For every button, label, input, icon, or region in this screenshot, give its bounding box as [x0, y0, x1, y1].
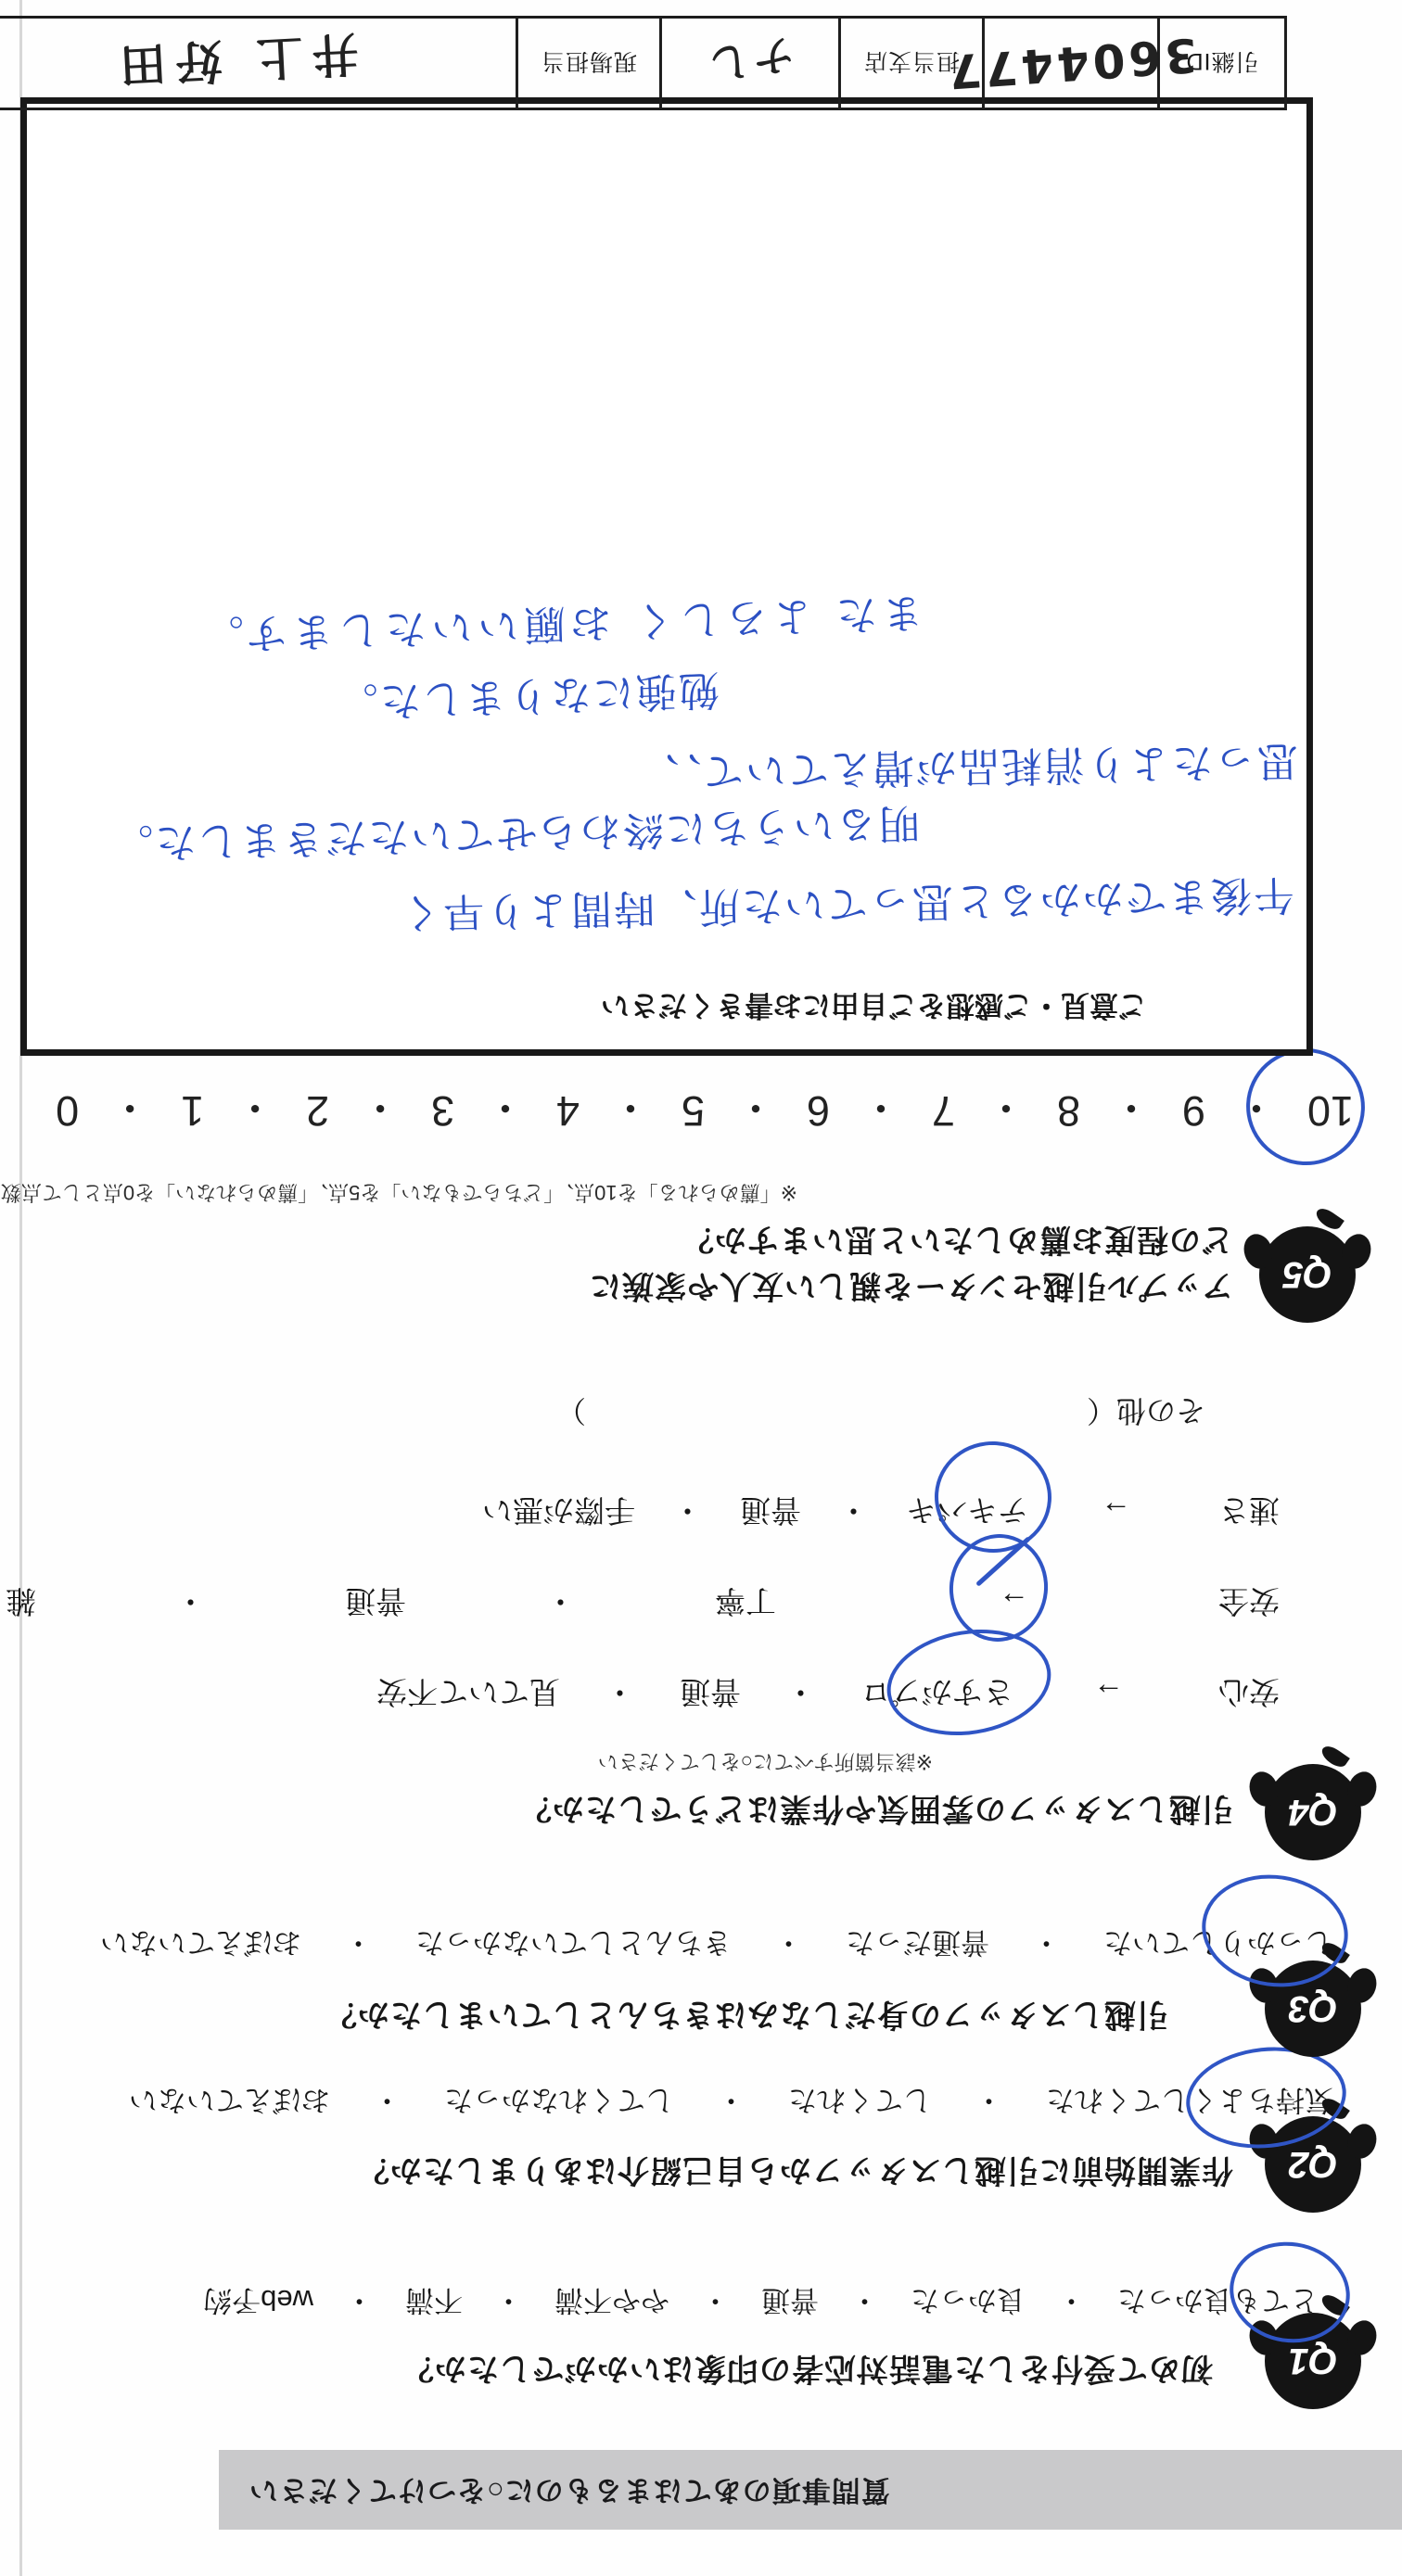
- q3-question-text: 引越しスタッフの身だしなみはきちんとしていましたか？: [325, 1995, 1168, 2040]
- dot-separator: ・: [1110, 1081, 1152, 1141]
- dot-separator: ・: [1057, 2282, 1086, 2324]
- q4-other-open: その他（: [1087, 1394, 1205, 1428]
- q2-options: 気持ちよくしてくれた・ してくれた・ してくれなかった・ おぼえていない: [129, 2082, 1333, 2124]
- dot-separator: ・: [860, 1081, 902, 1141]
- q4-row-label: 安全: [1178, 1581, 1280, 1625]
- q5-note: ※「薦められる」を10点、「どちらでもない」を5点、「薦められない」を0点として…: [0, 1179, 797, 1208]
- dot-separator: ・: [109, 1081, 151, 1141]
- q2-question-text: 作業開始前に引越しスタッフから自己紹介はありましたか？: [357, 2151, 1233, 2196]
- q4-row-option: 手際が悪い: [482, 1491, 635, 1534]
- dot-separator: ・: [235, 1081, 276, 1141]
- q4-row-anshin: 安心 → さすがプロ・ 普通・ 見ていて不安: [376, 1672, 1280, 1716]
- q2-option: してくれた: [788, 2082, 932, 2124]
- q4-mascot-icon: Q4: [1265, 1764, 1361, 1860]
- q4-other-row: その他（）: [556, 1391, 1205, 1434]
- q1-option: web予約: [203, 2282, 313, 2324]
- pen-circle-q4-anshin: [879, 1618, 1058, 1746]
- scale-value: 8: [1057, 1087, 1080, 1136]
- dot-separator: ・: [701, 2282, 730, 2324]
- scale-value: 1: [181, 1087, 204, 1136]
- handover-id-value: 3604477: [982, 19, 1157, 108]
- dot-separator: ・: [494, 2282, 523, 2324]
- sheet-rotated-180: 質問事項のあてはまるものに○をつけてください Q1 初めて受付をした電話対応者の…: [0, 0, 1402, 2576]
- q4-row-option: 見ていて不安: [376, 1672, 560, 1716]
- q4-label: Q4: [1288, 1792, 1337, 1834]
- q4-row-anzen: 安全 → 丁寧・ 普通・ 雑: [6, 1581, 1280, 1625]
- scale-value: 0: [56, 1087, 79, 1136]
- dot-separator: ・: [360, 1081, 401, 1141]
- q5-question-line2: どの程度お薦めしたいと思いますか？: [682, 1220, 1233, 1265]
- q4-row-option: 普通: [680, 1672, 741, 1716]
- scanned-questionnaire: 質問事項のあてはまるものに○をつけてください Q1 初めて受付をした電話対応者の…: [0, 0, 1402, 2576]
- q1-option: やや不満: [554, 2282, 669, 2324]
- dot-separator: ・: [1032, 1924, 1061, 1966]
- scale-value: 9: [1182, 1087, 1205, 1136]
- q1-question-text: 初めて受付をした電話対応者の印象はいかがでしたか？: [401, 2349, 1213, 2394]
- instruction-bar: 質問事項のあてはまるものに○をつけてください: [219, 2450, 1402, 2530]
- dot-separator: ・: [345, 2282, 374, 2324]
- dot-separator: ・: [838, 1491, 869, 1534]
- dot-separator: ・: [344, 1924, 373, 1966]
- pen-circle-q4-hayasa: [931, 1438, 1055, 1556]
- scale-value: 5: [682, 1087, 705, 1136]
- q2-option: おぼえていない: [129, 2082, 330, 2124]
- q3-option: 普通だった: [846, 1924, 989, 1966]
- q1-option: 不満: [405, 2282, 463, 2324]
- q4-row-hayasa: 速さ → テキパキ・ 普通・ 手際が悪い: [482, 1491, 1280, 1534]
- q2-label: Q2: [1288, 2144, 1337, 2186]
- q4-row-option: 普通: [740, 1491, 801, 1534]
- dot-separator: ・: [605, 1672, 635, 1716]
- dot-separator: ・: [610, 1081, 652, 1141]
- dot-separator: ・: [975, 2082, 1003, 2124]
- q1-label: Q1: [1288, 2341, 1337, 2382]
- q5-label: Q5: [1282, 1254, 1332, 1296]
- q4-row-label: 速さ: [1178, 1491, 1280, 1534]
- handwriting-line: 思ったより消耗品が増えていて、、: [636, 735, 1298, 806]
- dot-separator: ・: [735, 1081, 777, 1141]
- scale-value: 6: [807, 1087, 830, 1136]
- comment-box-label: ご意見・ご感想をご自由にお書きください: [601, 987, 1147, 1029]
- q3-options: しっかりしていた・ 普通だった・ きちんとしていなかった・ おぼえていない: [100, 1924, 1333, 1966]
- handover-id-table: 引継ID 3604477 担当支店 ナし 現場担当 井上 好田: [0, 16, 1287, 110]
- q4-row-option: 丁寧: [715, 1581, 776, 1625]
- q4-note: ※該当箇所すべてに○をしてください: [598, 1748, 933, 1777]
- q4-other-close: ）: [556, 1394, 586, 1428]
- instruction-bar-text: 質問事項のあてはまるものに○をつけてください: [249, 2450, 890, 2530]
- dot-separator: ・: [175, 1581, 206, 1625]
- q4-row-option: 雑: [6, 1581, 36, 1625]
- handwritten-branch: ナし: [702, 28, 798, 99]
- dot-separator: ・: [373, 2082, 401, 2124]
- staff-label: 現場担当: [516, 19, 659, 108]
- q1-options: とても良かった・ 良かった・ 普通・ やや不満・ 不満・ web予約: [203, 2282, 1319, 2324]
- scale-value: 7: [932, 1087, 955, 1136]
- leaf-icon: [1319, 1743, 1350, 1770]
- q3-option: きちんとしていなかった: [415, 1924, 732, 1966]
- q5-rating-scale: 10・ 9・ 8・ 7・ 6・ 5・ 4・ 3・ 2・ 1・ 0: [56, 1081, 1354, 1141]
- arrow-icon: →: [1101, 1495, 1131, 1530]
- dot-separator: ・: [774, 1924, 803, 1966]
- staff-value: 井上 好田: [0, 19, 516, 108]
- q2-option: してくれなかった: [444, 2082, 674, 2124]
- dot-separator: ・: [717, 2082, 746, 2124]
- q3-option: おぼえていない: [100, 1924, 301, 1966]
- dot-separator: ・: [785, 1672, 816, 1716]
- dot-separator: ・: [850, 2282, 879, 2324]
- q4-row-option: 普通: [345, 1581, 406, 1625]
- scale-value: 4: [556, 1087, 580, 1136]
- q1-option: 良かった: [911, 2282, 1026, 2324]
- dot-separator: ・: [672, 1491, 703, 1534]
- handwritten-staff-name: 井上 好田: [109, 23, 361, 103]
- branch-value: ナし: [659, 19, 838, 108]
- leaf-icon: [1313, 1205, 1345, 1233]
- arrow-icon: →: [1093, 1677, 1124, 1712]
- q4-row-label: 安心: [1178, 1672, 1280, 1716]
- dot-separator: ・: [485, 1081, 527, 1141]
- q1-option: 普通: [761, 2282, 819, 2324]
- dot-separator: ・: [985, 1081, 1026, 1141]
- dot-separator: ・: [545, 1581, 576, 1625]
- scale-value: 2: [306, 1087, 329, 1136]
- pen-circle-q5-score-10: [1234, 1035, 1378, 1177]
- q5-mascot-icon: Q5: [1259, 1226, 1356, 1323]
- q4-question-text: 引越しスタッフの雰囲気や作業はどうでしたか？: [519, 1789, 1233, 1834]
- q5-question-line1: アップル引越センターを親しい友人や家族に: [589, 1266, 1233, 1312]
- scale-value: 3: [431, 1087, 454, 1136]
- q3-label: Q3: [1288, 1988, 1337, 2030]
